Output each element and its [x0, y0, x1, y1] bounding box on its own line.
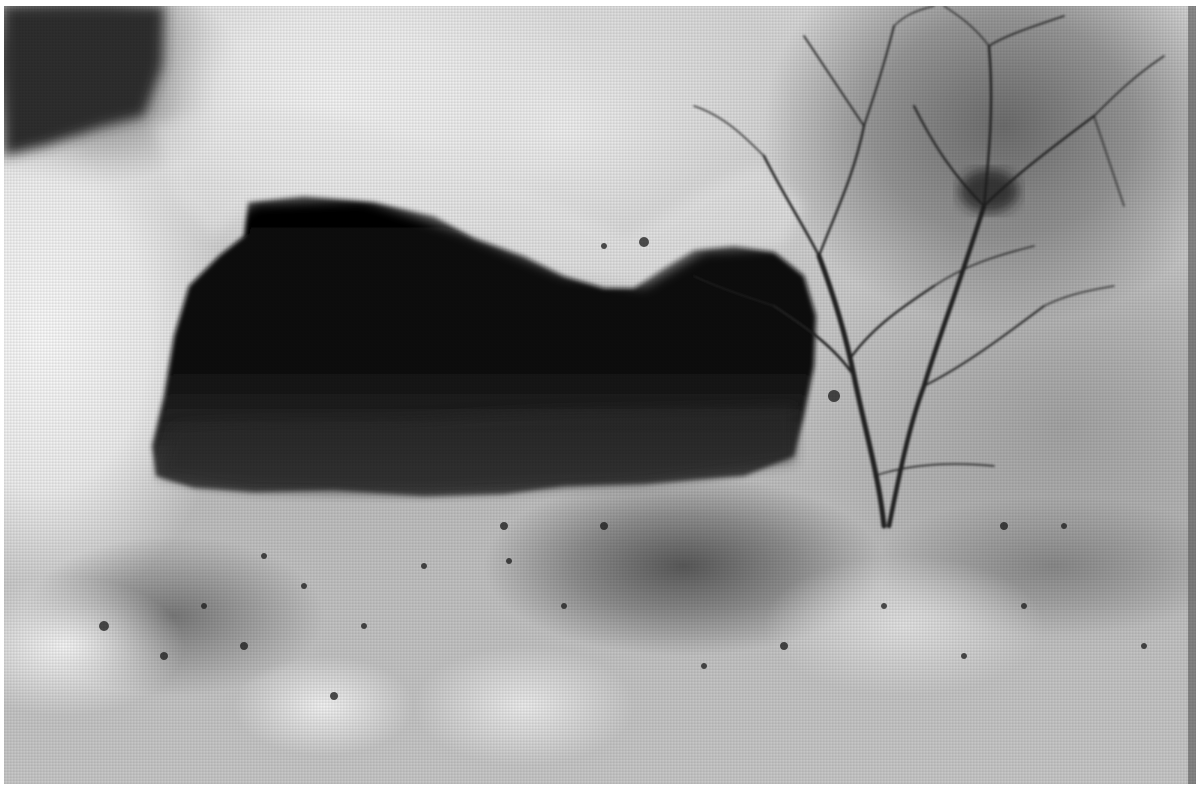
halftone-grain — [4, 6, 1196, 784]
photograph — [4, 6, 1196, 784]
